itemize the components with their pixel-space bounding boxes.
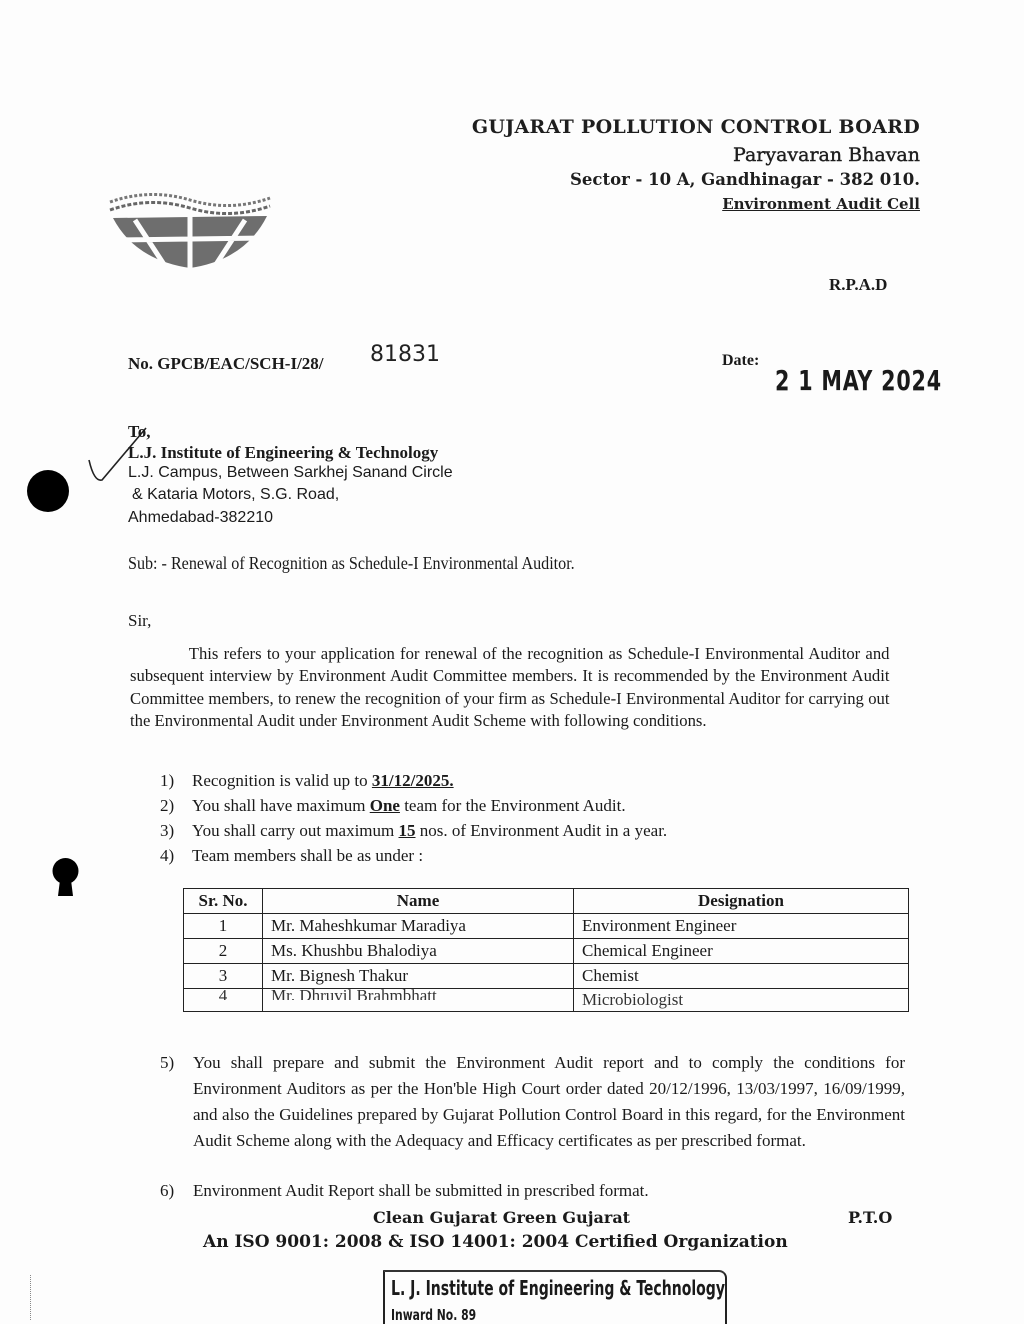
condition-text: team for the Environment Audit. xyxy=(400,796,626,815)
condition-text: Team members shall be as under : xyxy=(192,846,423,865)
condition-text: Recognition is valid up to xyxy=(192,771,372,790)
condition-number: 1) xyxy=(160,771,192,791)
condition-item: 3)You shall carry out maximum 15 nos. of… xyxy=(160,821,667,841)
column-header: Designation xyxy=(574,889,909,914)
designation-cell: Environment Engineer xyxy=(574,914,909,939)
condition-item: 1)Recognition is valid up to 31/12/2025. xyxy=(160,771,454,791)
punch-hole-icon xyxy=(52,858,79,898)
footer-slogan: Clean Gujarat Green Gujarat xyxy=(373,1208,630,1227)
condition-number: 4) xyxy=(160,846,192,866)
body-text: This refers to your application for rene… xyxy=(130,644,890,730)
team-members-table: Sr. No. Name Designation 1 Mr. Maheshkum… xyxy=(183,888,909,1012)
org-address: Sector - 10 A, Gandhinagar - 382 010. xyxy=(570,170,920,189)
condition-text: You shall carry out maximum xyxy=(192,821,399,840)
condition-text: You shall prepare and submit the Environ… xyxy=(193,1050,905,1154)
audit-count: 15 xyxy=(399,821,416,840)
sr-no-cell: 4 xyxy=(184,989,263,1012)
recipient-address-line: Ahmedabad-382210 xyxy=(128,509,273,527)
condition-number: 3) xyxy=(160,821,192,841)
condition-text: Environment Audit Report shall be submit… xyxy=(193,1181,649,1200)
table-header-row: Sr. No. Name Designation xyxy=(184,889,909,914)
body-paragraph: This refers to your application for rene… xyxy=(130,643,890,732)
designation-cell: Chemist xyxy=(574,964,909,989)
column-header: Sr. No. xyxy=(184,889,263,914)
condition-item: 6)Environment Audit Report shall be subm… xyxy=(160,1181,649,1201)
organization-name: GUJARAT POLLUTION CONTROL BOARD xyxy=(472,116,920,138)
scan-margin-mark xyxy=(30,1275,32,1320)
reference-number: No. GPCB/EAC/SCH-I/28/ xyxy=(128,354,324,374)
table-row: 4 Mr. Dhruvil Brahmbhatt Microbiologist xyxy=(184,989,909,1012)
condition-number: 2) xyxy=(160,796,192,816)
gpcb-globe-logo-icon xyxy=(105,180,275,270)
table-row: 1 Mr. Maheshkumar Maradiya Environment E… xyxy=(184,914,909,939)
dispatch-mode: R.P.A.D xyxy=(829,275,887,295)
page-turn-over: P.T.O xyxy=(848,1208,892,1227)
sr-no-cell: 3 xyxy=(184,964,263,989)
column-header: Name xyxy=(263,889,574,914)
condition-text: You shall have maximum xyxy=(192,796,370,815)
department-name: Environment Audit Cell xyxy=(722,195,920,213)
name-cell: Mr. Bignesh Thakur xyxy=(263,964,574,989)
date-label: Date: xyxy=(722,352,759,370)
recipient-name: L.J. Institute of Engineering & Technolo… xyxy=(128,443,438,463)
table-row: 3 Mr. Bignesh Thakur Chemist xyxy=(184,964,909,989)
sr-no-cell: 1 xyxy=(184,914,263,939)
salutation: Sir, xyxy=(128,611,151,631)
condition-item: 2)You shall have maximum One team for th… xyxy=(160,796,626,816)
name-cell: Mr. Maheshkumar Maradiya xyxy=(263,914,574,939)
date-stamp: 2 1 MAY 2024 xyxy=(775,364,942,397)
designation-cell: Microbiologist xyxy=(574,989,909,1012)
to-label: To, xyxy=(128,422,151,442)
handwritten-reference: 81831 xyxy=(370,342,440,367)
building-name: Paryavaran Bhavan xyxy=(733,144,920,166)
inward-stamp: L. J. Institute of Engineering & Technol… xyxy=(383,1270,727,1324)
subject-line: Sub: - Renewal of Recognition as Schedul… xyxy=(128,553,575,574)
condition-item: 5) You shall prepare and submit the Envi… xyxy=(160,1050,905,1154)
condition-number: 6) xyxy=(160,1181,193,1201)
name-cell: Mr. Dhruvil Brahmbhatt xyxy=(263,989,574,1012)
designation-cell: Chemical Engineer xyxy=(574,939,909,964)
stamp-title: L. J. Institute of Engineering & Technol… xyxy=(391,1276,725,1300)
condition-number: 5) xyxy=(160,1050,174,1076)
name-cell: Ms. Khushbu Bhalodiya xyxy=(263,939,574,964)
iso-certification: An ISO 9001: 2008 & ISO 14001: 2004 Cert… xyxy=(203,1232,788,1252)
punch-hole-icon xyxy=(27,470,69,512)
validity-date: 31/12/2025. xyxy=(372,771,454,790)
recipient-address-line: L.J. Campus, Between Sarkhej Sanand Circ… xyxy=(128,464,453,482)
table-row: 2 Ms. Khushbu Bhalodiya Chemical Enginee… xyxy=(184,939,909,964)
sr-no-cell: 2 xyxy=(184,939,263,964)
stamp-inward-number: Inward No. 89 xyxy=(391,1306,476,1324)
condition-item: 4)Team members shall be as under : xyxy=(160,846,423,866)
team-count: One xyxy=(370,796,400,815)
recipient-address-line: & Kataria Motors, S.G. Road, xyxy=(132,486,339,504)
condition-text: nos. of Environment Audit in a year. xyxy=(416,821,668,840)
